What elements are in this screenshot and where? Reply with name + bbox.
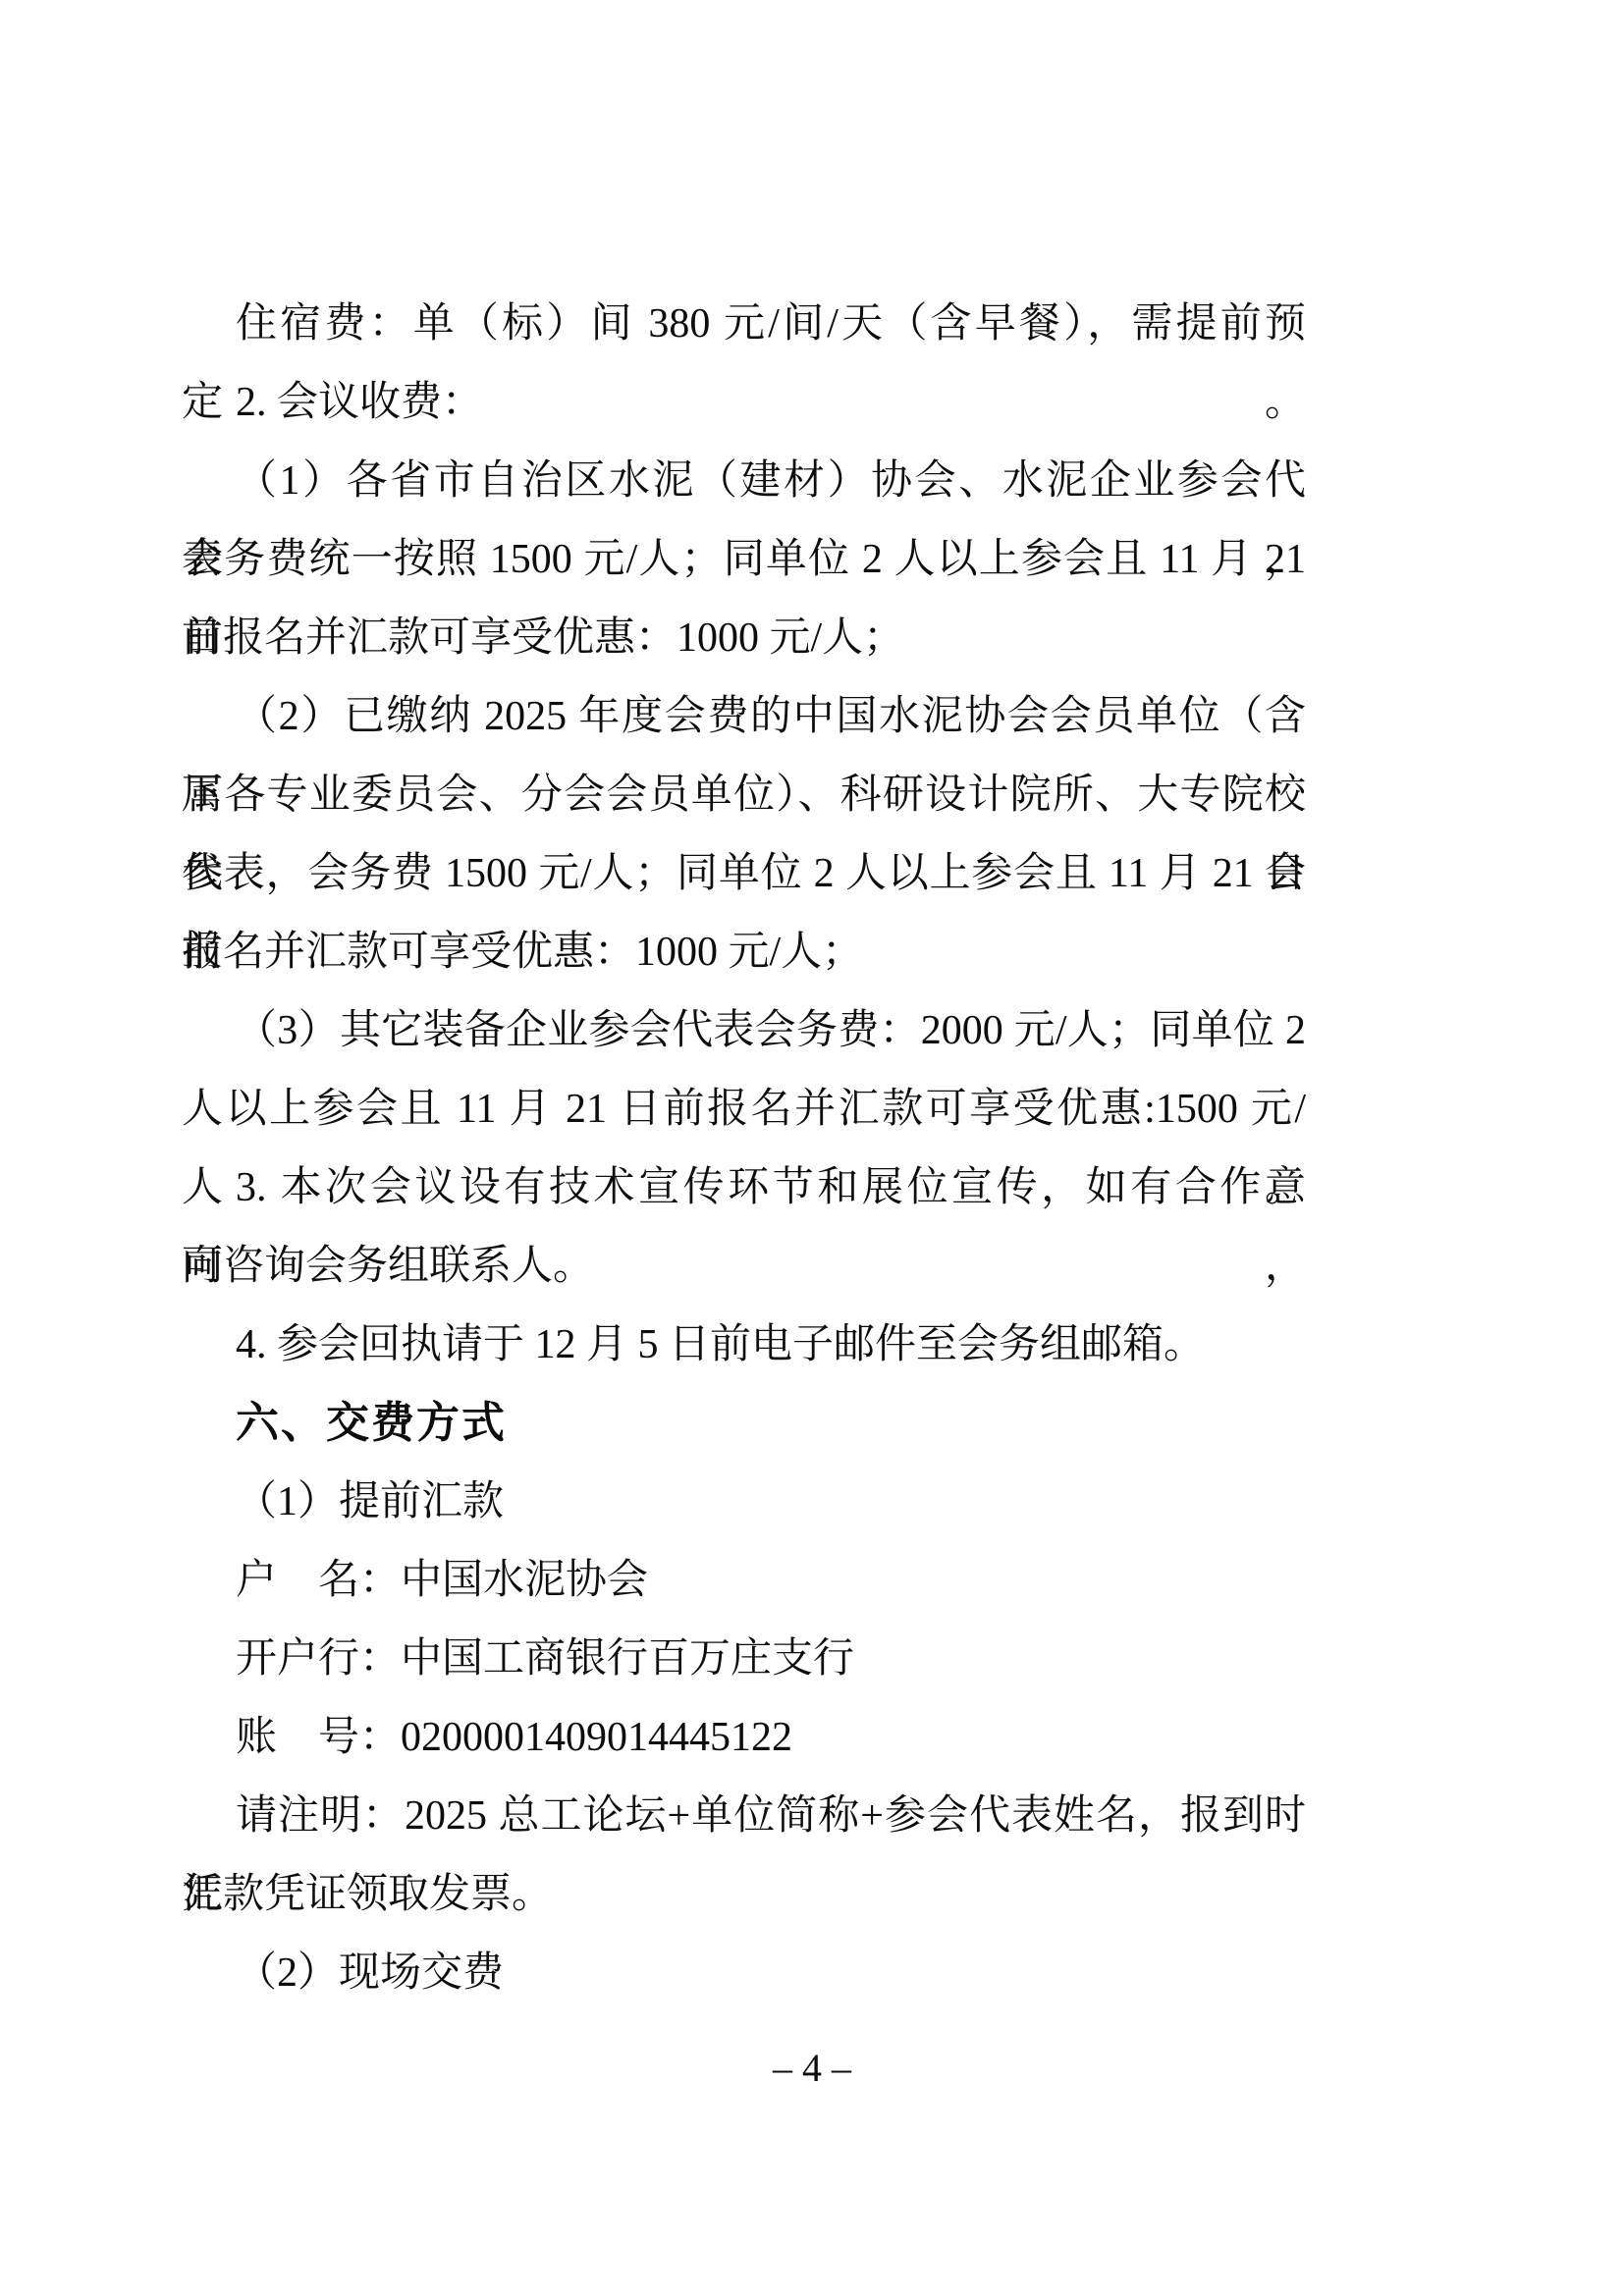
text-line: （1）各省市自治区水泥（建材）协会、水泥企业参会代表， [182, 442, 1306, 520]
document-page: 住宿费：单（标）间 380 元/间/天（含早餐），需提前预定。2. 会议收费：（… [0, 0, 1624, 2296]
text-line: 报名并汇款可享受优惠：1000 元/人； [182, 913, 1306, 991]
text-line: 开户行：中国工商银行百万庄支行 [182, 1620, 1306, 1698]
text-line: 人以上参会且 11 月 21 日前报名并汇款可享受优惠:1500 元/人。 [182, 1070, 1306, 1148]
text-line: （1）提前汇款 [182, 1463, 1306, 1541]
text-line: 代表，会务费 1500 元/人；同单位 2 人以上参会且 11 月 21 日前 [182, 834, 1306, 913]
document-body: 住宿费：单（标）间 380 元/间/天（含早餐），需提前预定。2. 会议收费：（… [182, 285, 1306, 2012]
text-line: 会务费统一按照 1500 元/人；同单位 2 人以上参会且 11 月 21 日 [182, 520, 1306, 599]
page-number: – 4 – [0, 2044, 1624, 2093]
text-line: （2）已缴纳 2025 年度会费的中国水泥协会会员单位（含下 [182, 677, 1306, 756]
text-line: 住宿费：单（标）间 380 元/间/天（含早餐），需提前预定。 [182, 285, 1306, 363]
text-line: 4. 参会回执请于 12 月 5 日前电子邮件至会务组邮箱。 [182, 1306, 1306, 1384]
text-line: 属各专业委员会、分会会员单位）、科研设计院所、大专院校参会 [182, 756, 1306, 834]
text-line: 户 名：中国水泥协会 [182, 1541, 1306, 1620]
text-line: （3）其它装备企业参会代表会务费：2000 元/人；同单位 2 [182, 991, 1306, 1070]
section-heading: 六、交费方式 [182, 1384, 1306, 1463]
text-line: 前报名并汇款可享受优惠：1000 元/人； [182, 599, 1306, 677]
text-line: （2）现场交费 [182, 1934, 1306, 2012]
text-line: 请注明：2025 总工论坛+单位简称+参会代表姓名，报到时凭 [182, 1777, 1306, 1855]
text-line: 3. 本次会议设有技术宣传环节和展位宣传，如有合作意向， [182, 1148, 1306, 1227]
text-line: 汇款凭证领取发票。 [182, 1855, 1306, 1934]
text-line: 账 号：0200001409014445122 [182, 1698, 1306, 1777]
